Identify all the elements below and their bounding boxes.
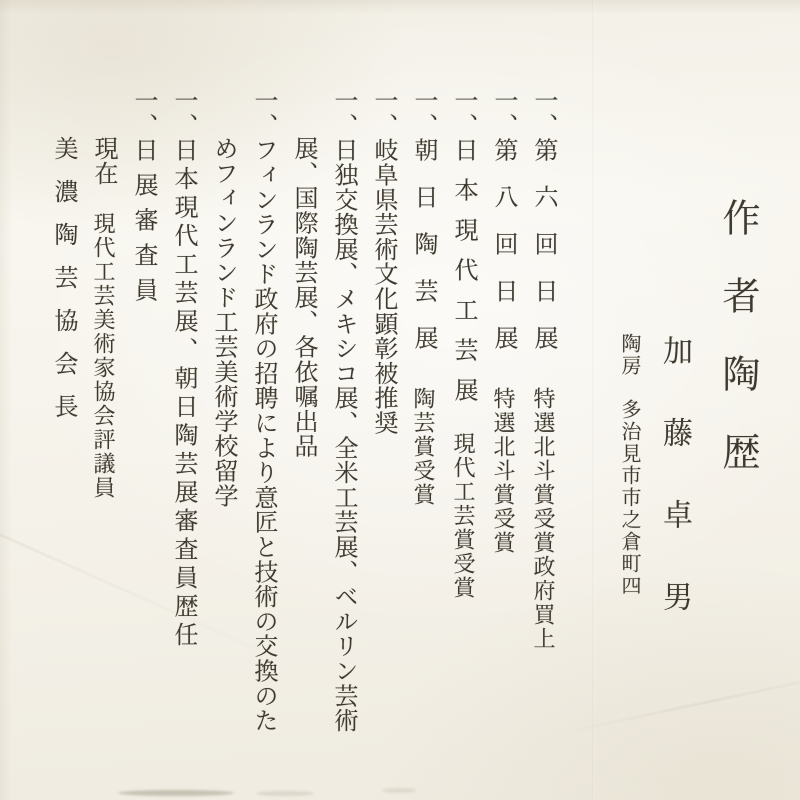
item-award: 特選北斗賞受賞	[491, 387, 516, 555]
item-text: フィンランド政府の招聘により意匠と技術の交換のた めフィンランド工芸美術学校留学	[210, 136, 276, 733]
item-text: 日展審査員	[130, 138, 156, 313]
item-marker: 一、	[130, 88, 156, 138]
current-label: 現在	[90, 136, 116, 186]
item-marker: 一、	[410, 88, 436, 138]
item-exhibition: 第六回日展	[530, 138, 556, 373]
credential-item: 一、第六回日展特選北斗賞受賞政府買上	[523, 0, 563, 800]
credential-item: 一、日独交換展、メキシコ展、全米工芸展、ベルリン芸術 展、国際陶芸展、各依嘱出品	[283, 0, 363, 800]
item-exhibition: 朝日陶芸展	[410, 138, 436, 373]
credential-item: 一、日本現代工芸展現代工芸賞受賞	[443, 0, 483, 800]
document-content: 作者陶歴 加藤卓男 陶房 多治見市市之倉町四 一、第六回日展特選北斗賞受賞政府買…	[0, 0, 800, 800]
current-roles-line: 美濃陶芸協会長	[43, 0, 83, 800]
item-marker: 一、	[450, 88, 476, 138]
current-role: 現代工芸美術家協会評議員	[91, 212, 116, 500]
item-text: 日独交換展、メキシコ展、全米工芸展、ベルリン芸術 展、国際陶芸展、各依嘱出品	[290, 136, 356, 733]
item-marker: 一、	[330, 88, 356, 138]
credential-item: 一、日本現代工芸展、朝日陶芸展審査員歴任	[163, 0, 203, 800]
scanned-document-page: 作者陶歴 加藤卓男 陶房 多治見市市之倉町四 一、第六回日展特選北斗賞受賞政府買…	[0, 0, 800, 800]
item-exhibition: 第八回日展	[490, 138, 516, 373]
credential-item: 一、日展審査員	[123, 0, 163, 800]
credential-item: 一、第八回日展特選北斗賞受賞	[483, 0, 523, 800]
item-marker: 一、	[490, 88, 516, 138]
studio-address: 陶房 多治見市市之倉町四	[616, 0, 642, 800]
item-text: 日本現代工芸展、朝日陶芸展審査員歴任	[170, 138, 196, 651]
item-marker: 一、	[530, 88, 556, 138]
item-exhibition: 日本現代工芸展	[450, 138, 476, 418]
item-marker: 一、	[170, 88, 196, 138]
item-text: 岐阜県芸術文化顕彰被推奨	[370, 138, 396, 436]
current-role: 美濃陶芸協会長	[50, 136, 76, 437]
credential-item: 一、フィンランド政府の招聘により意匠と技術の交換のた めフィンランド工芸美術学校…	[203, 0, 283, 800]
document-title: 作者陶歴	[709, 0, 765, 800]
item-marker: 一、	[250, 88, 276, 138]
item-award: 特選北斗賞受賞政府買上	[531, 387, 556, 651]
item-marker: 一、	[370, 88, 396, 138]
credential-item: 一、朝日陶芸展陶芸賞受賞	[403, 0, 443, 800]
credential-item: 一、岐阜県芸術文化顕彰被推奨	[363, 0, 403, 800]
item-award: 陶芸賞受賞	[411, 387, 436, 507]
artist-name: 加藤卓男	[652, 0, 696, 800]
item-award: 現代工芸賞受賞	[451, 432, 476, 600]
current-roles-line: 現在現代工芸美術家協会評議員	[83, 0, 123, 800]
